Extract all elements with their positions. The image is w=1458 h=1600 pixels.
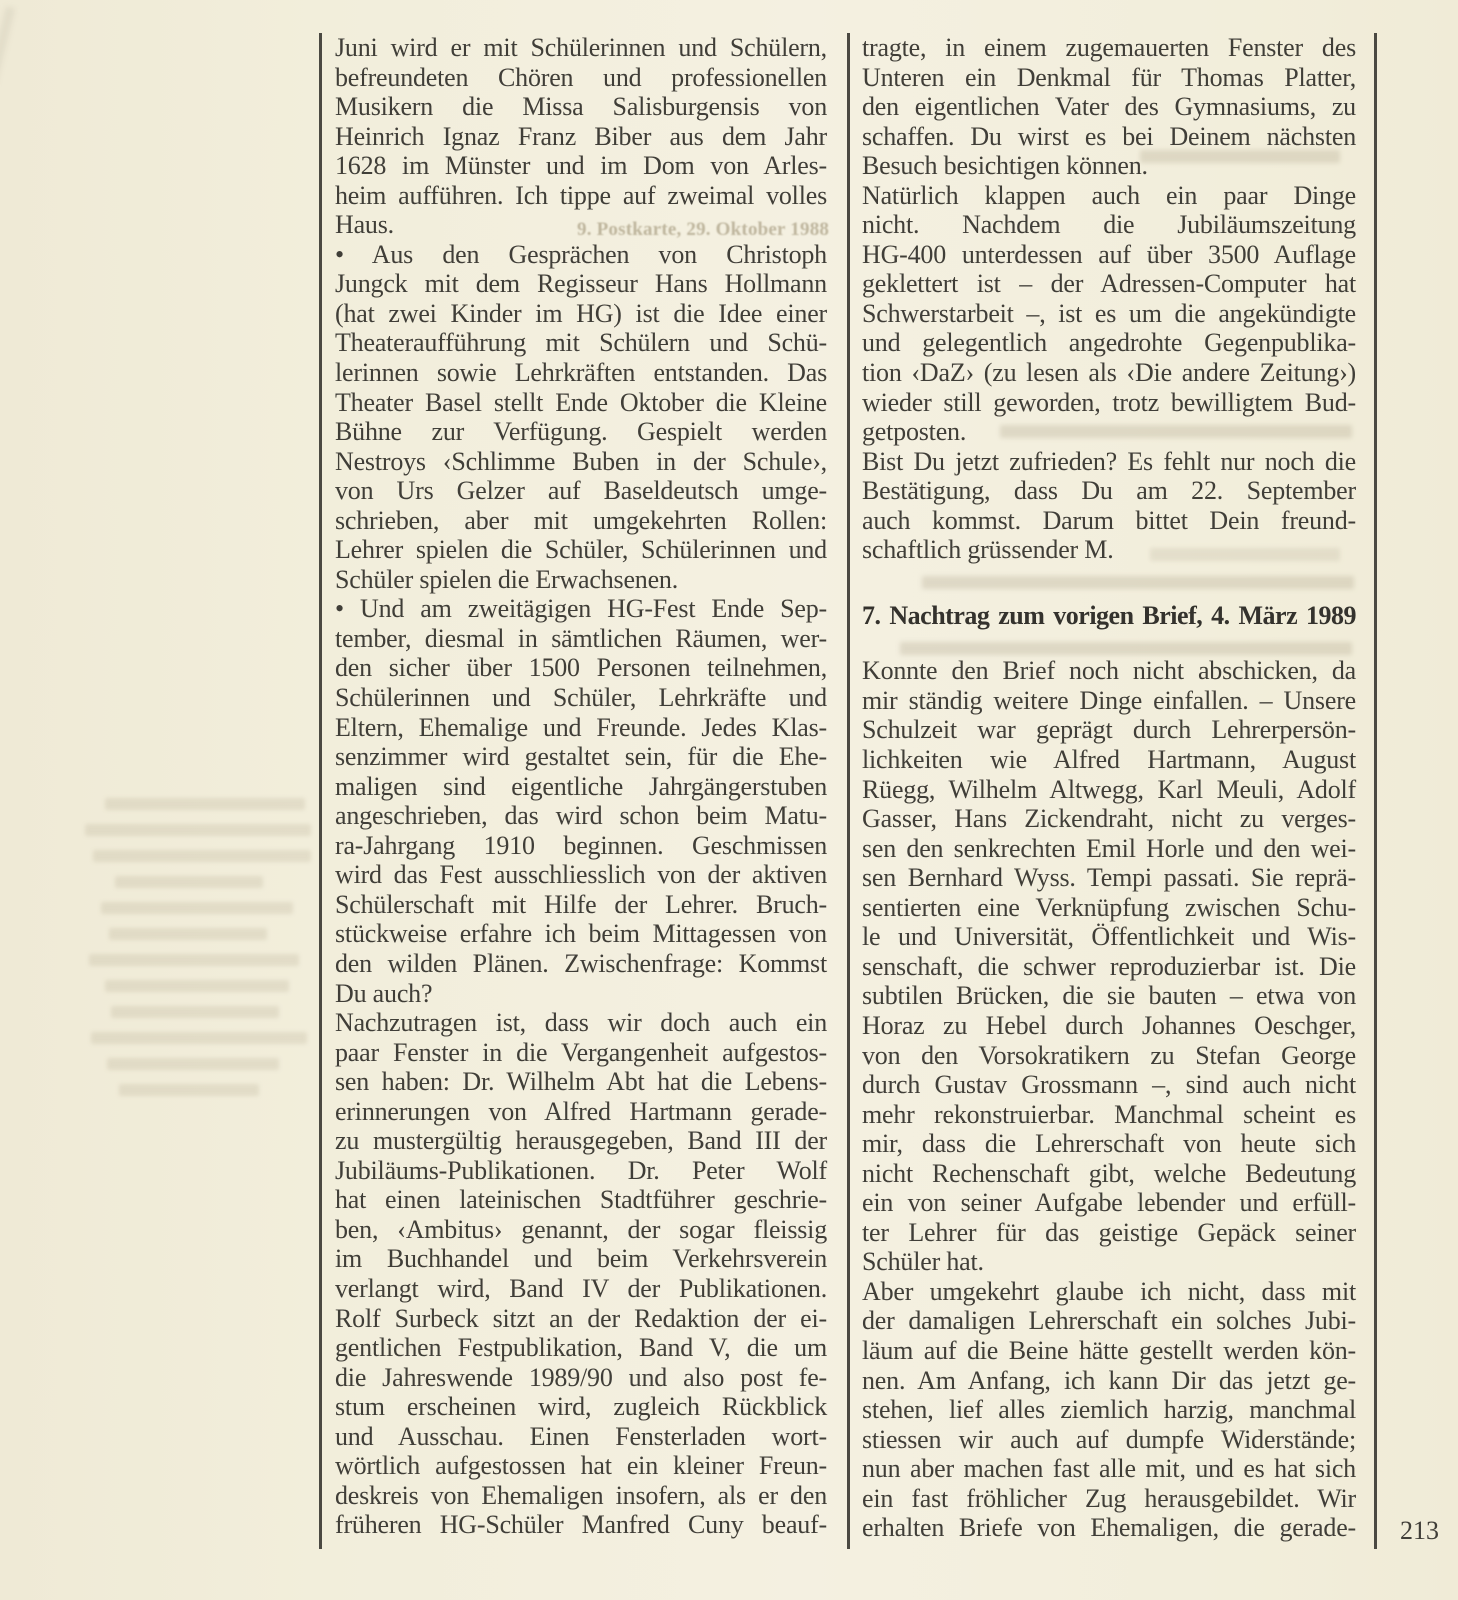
text-line: paar Fenster in die Vergangenheit aufges…: [335, 1038, 827, 1068]
text-line: von Urs Gelzer auf Baseldeutsch umge-: [335, 476, 827, 506]
text-line: Rüegg, Wilhelm Altwegg, Karl Meuli, Adol…: [862, 775, 1356, 805]
bleedthrough-smudge: [89, 954, 299, 966]
text-line: nicht Rechenschaft gibt, welche Bedeutun…: [862, 1159, 1356, 1189]
text-line: den sicher über 1500 Personen teilnehmen…: [335, 653, 827, 683]
text-line: Bestätigung, dass Du am 22. September: [862, 476, 1356, 506]
text-line: Gasser, Hans Zickendraht, nicht zu verge…: [862, 804, 1356, 834]
text-line: subtilen Brücken, die sie bauten – etwa …: [862, 981, 1356, 1011]
column-rule-left: [319, 33, 322, 1549]
bleedthrough-smudge: [115, 876, 263, 888]
text-line: ben, ‹Ambitus› genannt, der sogar fleiss…: [335, 1215, 827, 1245]
text-line: 1628 im Münster und im Dom von Arles-: [335, 151, 827, 181]
paper-crease: [0, 6, 16, 86]
text-line: früheren HG-Schüler Manfred Cuny beauf-: [335, 1510, 827, 1540]
text-line: schrieben, aber mit umgekehrten Rollen:: [335, 506, 827, 536]
text-line: Schulzeit war geprägt durch Lehrerpersön…: [862, 715, 1356, 745]
text-line: tragte, in einem zugemauerten Fenster de…: [862, 33, 1356, 63]
text-line: ter Lehrer für das geistige Gepäck seine…: [862, 1218, 1356, 1248]
text-line: stiessen wir auch auf dumpfe Widerstände…: [862, 1425, 1356, 1455]
text-line: Theateraufführung mit Schülern und Schü-: [335, 328, 827, 358]
text-line: Nachzutragen ist, dass wir doch auch ein: [335, 1008, 827, 1038]
bleedthrough-smudge: [101, 902, 293, 914]
text-line: sen Bernhard Wyss. Tempi passati. Sie re…: [862, 863, 1356, 893]
paragraph: Nachzutragen ist, dass wir doch auch ein…: [335, 1008, 827, 1540]
text-line: und gelegentlich angedrohte Gegenpublika…: [862, 328, 1356, 358]
text-line: sen haben: Dr. Wilhelm Abt hat die Leben…: [335, 1067, 827, 1097]
text-line: der damaligen Lehrerschaft ein solches J…: [862, 1306, 1356, 1336]
paragraph: Juni wird er mit Schülerinnen und Schüle…: [335, 33, 827, 240]
text-line: Heinrich Ignaz Franz Biber aus dem Jahr: [335, 122, 827, 152]
text-line: durch Gustav Grossmann –, sind auch nich…: [862, 1070, 1356, 1100]
text-line: wird das Fest ausschliesslich von der ak…: [335, 860, 827, 890]
text-line: senschaft, die schwer reproduzierbar ist…: [862, 952, 1356, 982]
column-rule-right: [1374, 33, 1377, 1549]
text-line: erinnerungen von Alfred Hartmann gerade-: [335, 1097, 827, 1127]
text-line: ein von seiner Aufgabe lebender und erfü…: [862, 1188, 1356, 1218]
text-line: maligen sind eigentliche Jahrgängerstube…: [335, 772, 827, 802]
text-line: Schülerinnen und Schüler, Lehrkräfte und: [335, 683, 827, 713]
text-line: läum auf die Beine hätte gestellt werden…: [862, 1336, 1356, 1366]
bleedthrough-smudge: [105, 980, 289, 992]
text-line: Jungck mit dem Regisseur Hans Hollmann: [335, 269, 827, 299]
text-line: Lehrer spielen die Schüler, Schülerinnen…: [335, 535, 827, 565]
text-line: die Jahreswende 1989/90 und also post fe…: [335, 1363, 827, 1393]
text-line: Aber umgekehrt glaube ich nicht, dass mi…: [862, 1277, 1356, 1307]
column-rule-middle: [847, 33, 850, 1549]
text-line: im Buchhandel und beim Verkehrsverein: [335, 1244, 827, 1274]
bleedthrough-smudge: [93, 850, 311, 862]
text-line: wieder still geworden, trotz bewilligtem…: [862, 388, 1356, 418]
bleedthrough-smudge: [85, 824, 311, 836]
text-line: Eltern, Ehemalige und Freunde. Jedes Kla…: [335, 713, 827, 743]
text-line: angeschrieben, das wird schon beim Matu-: [335, 801, 827, 831]
text-line: ra-Jahrgang 1910 beginnen. Geschmissen: [335, 831, 827, 861]
bleedthrough-smudge: [105, 798, 305, 810]
text-line: le und Universität, Öffentlichkeit und W…: [862, 922, 1356, 952]
text-line: Schwerstarbeit –, ist es um die angekünd…: [862, 299, 1356, 329]
text-line: deskreis von Ehemaligen insofern, als er…: [335, 1481, 827, 1511]
text-line: auch kommst. Darum bittet Dein freund-: [862, 506, 1356, 536]
margin-caption-bleedthrough: [75, 798, 313, 1110]
paragraph: • Und am zweitägigen HG-Fest Ende Sep-te…: [335, 594, 827, 1008]
paragraph: Konnte den Brief noch nicht abschicken, …: [862, 656, 1356, 1276]
text-line: von den Vorsokratikern zu Stefan George: [862, 1041, 1356, 1071]
text-line: mir, dass die Lehrerschaft von heute sic…: [862, 1129, 1356, 1159]
text-line: mir ständig weitere Dinge einfallen. – U…: [862, 686, 1356, 716]
text-line: und Ausschau. Einen Fensterladen wort-: [335, 1422, 827, 1452]
text-line: lerinnen sowie Lehrkräften entstanden. D…: [335, 358, 827, 388]
page-number: 213: [1400, 1516, 1439, 1546]
text-line: nicht. Nachdem die Jubiläumszeitung: [862, 210, 1356, 240]
scanned-book-page: 9. Postkarte, 29. Oktober 1988 Juni wird…: [0, 0, 1458, 1600]
text-line: HG-400 unterdessen auf über 3500 Auflage: [862, 240, 1356, 270]
text-line: gentlichen Festpublikation, Band V, die …: [335, 1333, 827, 1363]
text-line: 7. Nachtrag zum vorigen Brief, 4. März 1…: [862, 601, 1356, 631]
text-line: geklettert ist – der Adressen-Computer h…: [862, 269, 1356, 299]
paragraph: • Aus den Gesprächen von ChristophJungck…: [335, 240, 827, 595]
text-line: Musikern die Missa Salisburgensis von: [335, 92, 827, 122]
text-line: stückweise erfahre ich beim Mittagessen …: [335, 919, 827, 949]
text-line: Du auch?: [335, 979, 827, 1009]
text-line: ein fast fröhlicher Zug herausgebildet. …: [862, 1484, 1356, 1514]
paragraph: Aber umgekehrt glaube ich nicht, dass mi…: [862, 1277, 1356, 1543]
text-line: Konnte den Brief noch nicht abschicken, …: [862, 656, 1356, 686]
text-line: Natürlich klappen auch ein paar Dinge: [862, 181, 1356, 211]
bleedthrough-smudge: [119, 1084, 259, 1096]
text-line: tion ‹DaZ› (zu lesen als ‹Die andere Zei…: [862, 358, 1356, 388]
text-line: zu mustergültig herausgegeben, Band III …: [335, 1126, 827, 1156]
section-heading: 7. Nachtrag zum vorigen Brief, 4. März 1…: [862, 601, 1356, 631]
text-line: Unteren ein Denkmal für Thomas Platter,: [862, 63, 1356, 93]
text-line: Horaz zu Hebel durch Johannes Oeschger,: [862, 1011, 1356, 1041]
text-line: erhalten Briefe von Ehemaligen, die gera…: [862, 1513, 1356, 1543]
text-line: sentierten eine Verknüpfung zwischen Sch…: [862, 893, 1356, 923]
paragraph: tragte, in einem zugemauerten Fenster de…: [862, 33, 1356, 181]
text-line: stehen, lief alles ziemlich harzig, manc…: [862, 1395, 1356, 1425]
paragraph: Bist Du jetzt zufrieden? Es fehlt nur no…: [862, 447, 1356, 565]
text-line: Bühne zur Verfügung. Gespielt werden: [335, 417, 827, 447]
text-line: getposten.: [862, 417, 1356, 447]
bleedthrough-smudge: [107, 1058, 279, 1070]
text-line: Juni wird er mit Schülerinnen und Schüle…: [335, 33, 827, 63]
text-line: Nestroys ‹Schlimme Buben in der Schule›,: [335, 447, 827, 477]
text-line: sen den senkrechten Emil Horle und den w…: [862, 834, 1356, 864]
text-line: den wilden Plänen. Zwischenfrage: Kommst: [335, 949, 827, 979]
text-line: (hat zwei Kinder im HG) ist die Idee ein…: [335, 299, 827, 329]
text-line: nen. Am Anfang, ich kann Dir das jetzt g…: [862, 1366, 1356, 1396]
text-line: wörtlich aufgestossen hat ein kleiner Fr…: [335, 1451, 827, 1481]
text-line: senzimmer wird gestaltet sein, für die E…: [335, 742, 827, 772]
text-line: schaffen. Du wirst es bei Deinem nächste…: [862, 122, 1356, 152]
left-text-column: Juni wird er mit Schülerinnen und Schüle…: [335, 33, 827, 1540]
text-line: Theater Basel stellt Ende Oktober die Kl…: [335, 388, 827, 418]
text-line: stum erscheinen wird, zugleich Rückblick: [335, 1392, 827, 1422]
bleedthrough-smudge: [91, 1032, 307, 1044]
text-line: Schüler spielen die Erwachsenen.: [335, 565, 827, 595]
text-line: Schülerschaft mit Hilfe der Lehrer. Bruc…: [335, 890, 827, 920]
paragraph: Natürlich klappen auch ein paar Dingenic…: [862, 181, 1356, 447]
text-line: Haus.: [335, 210, 827, 240]
text-line: • Und am zweitägigen HG-Fest Ende Sep-: [335, 594, 827, 624]
text-line: Schüler hat.: [862, 1247, 1356, 1277]
text-line: tember, diesmal in sämtlichen Räumen, we…: [335, 624, 827, 654]
text-line: schaftlich grüssender M.: [862, 535, 1356, 565]
text-line: Besuch besichtigen können.: [862, 151, 1356, 181]
text-line: • Aus den Gesprächen von Christoph: [335, 240, 827, 270]
bleedthrough-smudge: [109, 928, 267, 940]
text-line: mehr rekonstruierbar. Manchmal scheint e…: [862, 1100, 1356, 1130]
text-line: verlangt wird, Band IV der Publikationen…: [335, 1274, 827, 1304]
text-line: Rolf Surbeck sitzt an der Redaktion der …: [335, 1304, 827, 1334]
text-line: nun aber machen fast alle mit, und es ha…: [862, 1454, 1356, 1484]
text-line: hat einen lateinischen Stadtführer gesch…: [335, 1185, 827, 1215]
text-line: befreundeten Chören und professionellen: [335, 63, 827, 93]
text-line: Bist Du jetzt zufrieden? Es fehlt nur no…: [862, 447, 1356, 477]
text-line: Jubiläums-Publikationen. Dr. Peter Wolf: [335, 1156, 827, 1186]
right-text-column: tragte, in einem zugemauerten Fenster de…: [862, 33, 1356, 1543]
text-line: lichkeiten wie Alfred Hartmann, August: [862, 745, 1356, 775]
text-line: heim aufführen. Ich tippe auf zweimal vo…: [335, 181, 827, 211]
bleedthrough-smudge: [111, 1006, 279, 1018]
text-line: den eigentlichen Vater des Gymnasiums, z…: [862, 92, 1356, 122]
